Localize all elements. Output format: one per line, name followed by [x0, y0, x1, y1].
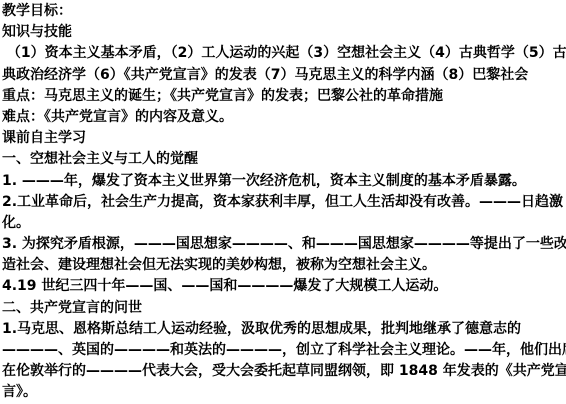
text-line: 在伦敦举行的————代表大会，受大会委托起草同盟纲领，即 1848 年发表的《共…	[2, 361, 566, 382]
difficult-points-line: 难点：《共产党宣言》的内容及意义。	[2, 107, 566, 128]
heading-preclass-study: 课前自主学习	[2, 128, 566, 149]
worksheet-page: 教学目标： 知识与技能 （1）资本主义基本矛盾，（2）工人运动的兴起（3）空想社…	[0, 0, 566, 404]
section-2-heading: 二、共产党宣言的问世	[2, 298, 566, 319]
text-line: 言》。	[2, 382, 566, 403]
key-points-line: 重点：马克思主义的诞生；《共产党宣言》的发表；巴黎公社的革命措施	[2, 86, 566, 107]
fill-blank-item-5: 1.马克思、恩格斯总结工人运动经验，汲取优秀的思想成果，批判地继承了德意志的	[2, 319, 566, 340]
text-line: 造社会、建设理想社会但无法实现的美妙构想，被称为空想社会主义。	[2, 255, 566, 276]
text-line: （1）资本主义基本矛盾，（2）工人运动的兴起（3）空想社会主义（4）古典哲学（5…	[2, 43, 566, 64]
heading-knowledge-skills: 知识与技能	[2, 22, 566, 43]
fill-blank-item-3: 3. 为探究矛盾根源，———国思想家————、和———国思想家————等提出了一…	[2, 234, 566, 255]
text-line: ————、英国的————和英法的————，创立了科学社会主义理论。——年，他们出…	[2, 340, 566, 361]
fill-blank-item-4: 4.19 世纪三四十年——国、——国和————爆发了大规模工人运动。	[2, 276, 566, 297]
section-1-heading: 一、空想社会主义与工人的觉醒	[2, 149, 566, 170]
text-line: 典政治经济学（6）《共产党宣言》的发表（7）马克思主义的科学内涵（8）巴黎社会	[2, 65, 566, 86]
fill-blank-item-2: 2.工业革命后，社会生产力提高，资本家获利丰厚，但工人生活却没有改善。———日趋…	[2, 192, 566, 213]
heading-teaching-goals: 教学目标：	[2, 1, 566, 22]
fill-blank-item-1: 1. ———年，爆发了资本主义世界第一次经济危机，资本主义制度的基本矛盾暴露。	[2, 171, 566, 192]
text-line: 化。	[2, 213, 566, 234]
